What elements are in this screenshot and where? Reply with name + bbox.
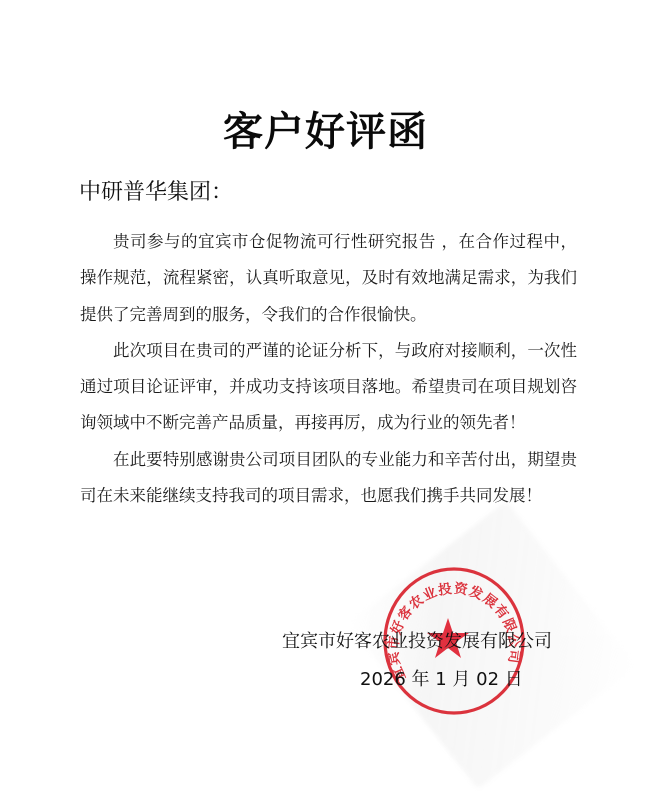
- page-title: 客户好评函: [0, 106, 651, 158]
- signature-date: 2026 年 1 月 02 日: [360, 666, 523, 694]
- letter-page: 客户好评函 中研普华集团： 贵司参与的宜宾市仓促物流可行性研究报告 ，在合作过程…: [0, 0, 651, 801]
- paragraph: 此次项目在贵司的严谨的论证分析下，与政府对接顺利，一次性通过项目论证评审，并成功…: [80, 333, 577, 442]
- letter-body: 贵司参与的宜宾市仓促物流可行性研究报告 ，在合作过程中，操作规范，流程紧密，认真…: [80, 224, 577, 514]
- paragraph: 贵司参与的宜宾市仓促物流可行性研究报告 ，在合作过程中，操作规范，流程紧密，认真…: [80, 224, 577, 333]
- salutation: 中研普华集团：: [79, 178, 233, 208]
- signature-company: 宜宾市好客农业投资发展有限公司: [282, 628, 552, 656]
